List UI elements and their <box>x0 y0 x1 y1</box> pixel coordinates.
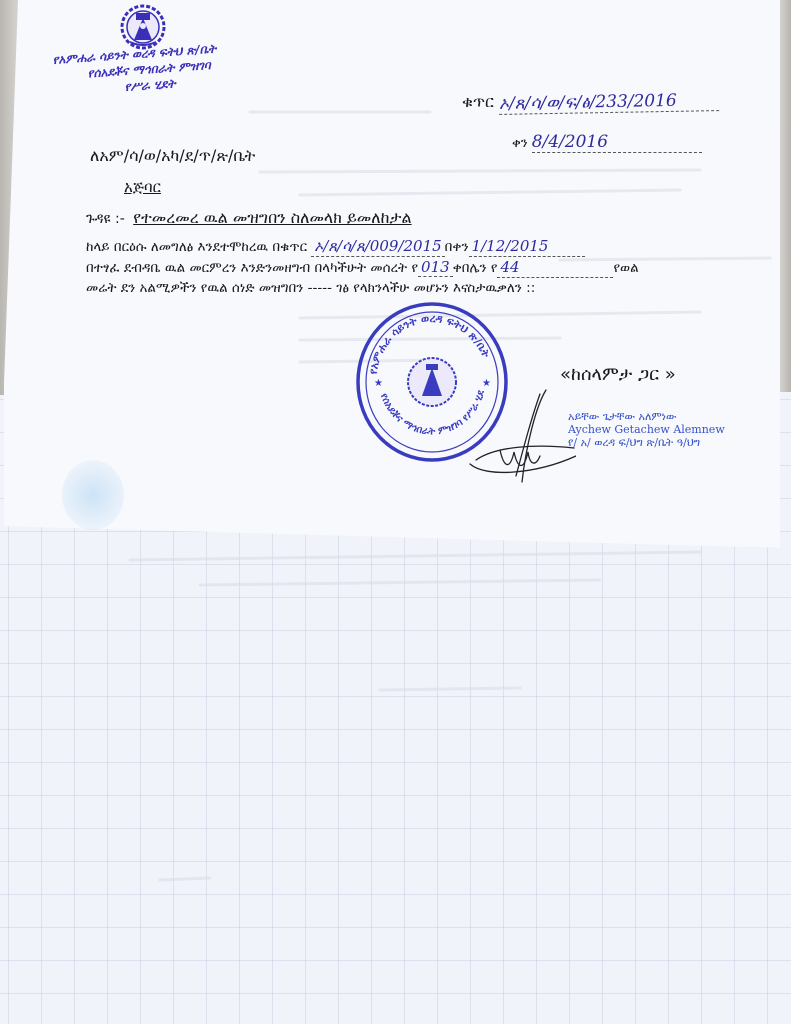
recipient-line-1: ለአም/ሳ/ወ/አካ/ደ/ጥ/ጽ/ቤት <box>90 146 255 166</box>
subject-label: ጉዳዩ :- <box>86 211 125 227</box>
handwritten-count: 44 <box>497 257 613 278</box>
closing-salutation: «ከሰላምታ ጋር » <box>560 364 676 385</box>
body-text-1a: ከላይ በርዕሱ ለመግለፅ እንደተሞከረዉ በቁጥር <box>86 239 307 255</box>
body-line-2: በተፃፈ ደብዳቤ ዉል መርምረን እንድንመዘግብ በላካችሁት መሰረት … <box>86 257 726 278</box>
date-label: ቀን <box>512 136 528 151</box>
svg-text:★: ★ <box>374 378 383 389</box>
scanner-bed-right <box>779 0 791 392</box>
date-value: 8/4/2016 <box>532 132 702 153</box>
signatory-block: አይቸው ጌታቸው አለምነው Aychew Getachew Alemnew … <box>568 410 725 449</box>
recipient-line-2: አጅባር <box>124 178 161 196</box>
body-text-2a: በተፃፈ ደብዳቤ ዉል መርምረን እንድንመዘግብ በላካችሁት መሰረት … <box>86 260 418 276</box>
handwritten-ref-number: ኦ/ጸ/ሳ/ጸ/009/2015 <box>311 236 444 257</box>
body-text-1b: በቀን <box>445 239 469 255</box>
letter-body: ከላይ በርዕሱ ለመግለፅ እንደተሞከረዉ በቁጥር ኦ/ጸ/ሳ/ጸ/009… <box>86 236 726 298</box>
body-text-2c: የወል <box>613 260 638 276</box>
subject-line: ጉዳዩ :- የተመረመረ ዉል መዝግበን ስለመላክ ይመለከታል <box>86 208 412 228</box>
body-line-3: መሬት ደን አልሚዎችን የዉል ሰነድ መዝግበን ----- ገፅ የላክ… <box>86 278 726 298</box>
body-line-1: ከላይ በርዕሱ ለመግለፅ እንደተሞከረዉ በቁጥር ኦ/ጸ/ሳ/ጸ/009… <box>86 236 726 257</box>
reference-value: ኦ/ጸ/ሳ/ወ/ፍ/ፅ/233/2016 <box>499 90 719 115</box>
subject-text: የተመረመረ ዉል መዝግበን ስለመላክ ይመለከታል <box>133 208 411 227</box>
ink-smudge <box>62 460 124 530</box>
signatory-name-amharic: አይቸው ጌታቸው አለምነው <box>568 410 725 423</box>
signatory-name-english: Aychew Getachew Alemnew <box>568 423 725 436</box>
handwritten-kebele-number: 013 <box>418 258 453 277</box>
handwritten-signature-icon <box>466 386 576 486</box>
body-text-2b: ቀበሌን የ <box>453 260 498 276</box>
reference-number: ቁጥር ኦ/ጸ/ሳ/ወ/ፍ/ፅ/233/2016 <box>462 92 719 113</box>
letter-date: ቀን 8/4/2016 <box>512 132 702 153</box>
signatory-title: የ/ አ/ ወረዳ ፍ/ህግ ጽ/ቤት ዓ/ህግ <box>568 436 725 449</box>
reference-label: ቁጥር <box>462 92 494 111</box>
handwritten-ref-date: 1/12/2015 <box>469 236 585 257</box>
